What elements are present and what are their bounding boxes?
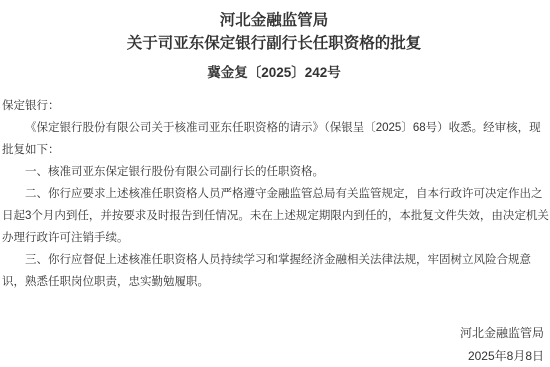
approval-document: 河北金融监管局 关于司亚东保定银行副行长任职资格的批复 冀金复〔2025〕242…: [0, 0, 550, 367]
paragraph: 一、核准司亚东保定银行股份有限公司副行长的任职资格。: [2, 161, 546, 183]
document-body: 保定银行： 《保定银行股份有限公司关于核准司亚东任职资格的请示》（保银呈〔202…: [2, 95, 546, 293]
agency-title: 河北金融监管局: [2, 9, 546, 32]
paragraph: 二、你行应要求上述核准任职资格人员严格遵守金融监管总局有关监管规定，自本行政许可…: [2, 183, 546, 249]
body-line: 二、你行应要求上述核准任职资格人员严格遵守金融监管总局有关监管规定，自本行政许可…: [2, 183, 546, 205]
body-line: 一、核准司亚东保定银行股份有限公司副行长的任职资格。: [2, 161, 546, 183]
document-title: 关于司亚东保定银行副行长任职资格的批复: [2, 32, 546, 55]
paragraph: 《保定银行股份有限公司关于核准司亚东任职资格的请示》（保银呈〔2025〕68号）…: [2, 117, 546, 161]
body-line: 三、你行应督促上述核准任职资格人员持续学习和掌握经济金融相关法律法规，牢固树立风…: [2, 249, 546, 271]
document-number: 冀金复〔2025〕242号: [2, 62, 546, 84]
body-line: 办理行政许可注销手续。: [2, 227, 546, 249]
paragraph: 三、你行应督促上述核准任职资格人员持续学习和掌握经济金融相关法律法规，牢固树立风…: [2, 249, 546, 293]
signature-agency: 河北金融监管局: [2, 322, 544, 345]
body-line: 日起3个月内到任，并按要求及时报告到任情况。未在上述规定期限内到任的，本批复文件…: [2, 205, 546, 227]
body-line: 批复如下：: [2, 139, 546, 161]
signature-date: 2025年8月8日: [2, 345, 544, 367]
salutation: 保定银行：: [2, 95, 546, 117]
body-line: 识，熟悉任职岗位职责，忠实勤勉履职。: [2, 271, 546, 293]
body-line: 《保定银行股份有限公司关于核准司亚东任职资格的请示》（保银呈〔2025〕68号）…: [2, 117, 546, 139]
signature-block: 河北金融监管局 2025年8月8日: [2, 322, 546, 367]
